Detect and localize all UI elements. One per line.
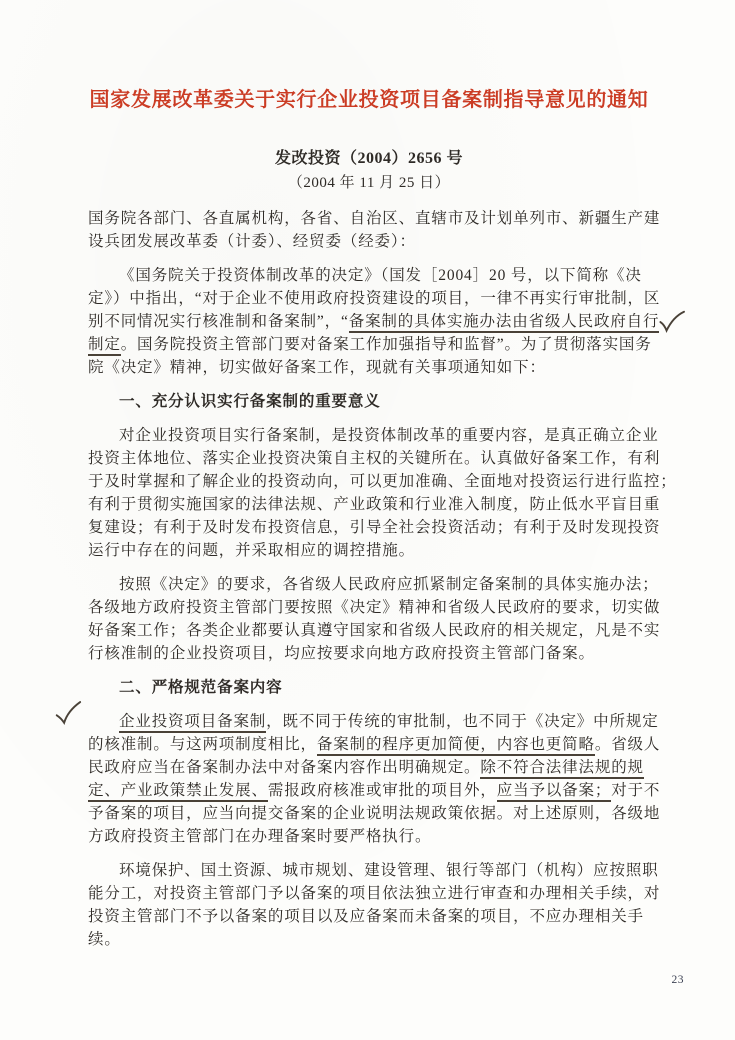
text-line: 国务院各部门、各直属机构，各省、自治区、直辖市及计划单列市、新疆生产建 xyxy=(88,207,650,230)
text-segment: 投资主体地位、落实企业投资决策自主权的关键所在。认真做好备案工作，有利 xyxy=(88,450,660,467)
text-segment: 定》）中指出，“对于企业不使用政府投资建设的项目，一律不再实行审批制，区 xyxy=(88,290,660,307)
checkmark-icon xyxy=(657,307,686,334)
text-line: 行核准制的企业投资项目，均应按要求向地方政府投资主管部门备案。 xyxy=(88,642,650,665)
paragraph: 《国务院关于投资体制改革的决定》（国发［2004］20 号，以下简称《决定》）中… xyxy=(88,264,650,379)
text-line: 定》）中指出，“对于企业不使用政府投资建设的项目，一律不再实行审批制，区 xyxy=(88,287,650,310)
paragraph: 对企业投资项目实行备案制，是投资体制改革的重要内容，是真正确立企业投资主体地位、… xyxy=(88,424,650,562)
underline-annotation: 备案制的程序更加简便，内容也更简略 xyxy=(317,736,595,756)
text-segment: 《国务院关于投资体制改革的决定》（国发［2004］20 号，以下简称《决 xyxy=(119,267,642,284)
paragraph: 按照《决定》的要求，各省级人民政府应抓紧制定备案制的具体实施办法；各级地方政府投… xyxy=(88,573,650,665)
text-line: 有利于贯彻实施国家的法律法规、产业政策和行业准入制度，防止低水平盲目重 xyxy=(88,493,650,516)
text-line: 一、充分认识实行备案制的重要意义 xyxy=(88,390,650,413)
text-segment: 。国务院投资主管部门要对备案工作加强指导和监督”。为了贯彻落实国务 xyxy=(121,336,652,353)
document-content: 国家发展改革委关于实行企业投资项目备案制指导意见的通知 发改投资（2004）26… xyxy=(88,0,650,962)
underline-annotation: 企业投资项目备案制 xyxy=(119,713,266,733)
underline-annotation: 除不符合法律法规的规 xyxy=(480,759,644,779)
text-segment: 各级地方政府投资主管部门要按照《决定》精神和省级人民政府的要求，切实做 xyxy=(88,599,660,616)
text-segment: 别不同情况实行核准制和备案制”，“ xyxy=(88,313,349,330)
text-segment: 国务院各部门、各直属机构，各省、自治区、直辖市及计划单列市、新疆生产建 xyxy=(88,210,660,227)
scanned-document-page: 国家发展改革委关于实行企业投资项目备案制指导意见的通知 发改投资（2004）26… xyxy=(0,0,735,1040)
text-line: 二、严格规范备案内容 xyxy=(88,676,650,699)
text-line: 别不同情况实行核准制和备案制”，“备案制的具体实施办法由省级人民政府自行 xyxy=(88,310,650,333)
page-number: 23 xyxy=(672,974,685,986)
paragraph: 企业投资项目备案制，既不同于传统的审批制，也不同于《决定》中所规定的核准制。与这… xyxy=(88,710,650,848)
text-segment: ，既不同于传统的审批制，也不同于《决定》中所规定 xyxy=(266,713,658,730)
text-line: 制定。国务院投资主管部门要对备案工作加强指导和监督”。为了贯彻落实国务 xyxy=(88,333,650,356)
text-segment: 运行中存在的问题，并采取相应的调控措施。 xyxy=(88,542,415,559)
text-line: 续。 xyxy=(88,928,650,951)
text-segment: 环境保护、国土资源、城市规划、建设管理、银行等部门（机构）应按照职 xyxy=(119,862,659,879)
text-line: 民政府应当在备案制办法中对备案内容作出明确规定。除不符合法律法规的规 xyxy=(88,756,650,779)
text-line: 按照《决定》的要求，各省级人民政府应抓紧制定备案制的具体实施办法； xyxy=(88,573,650,596)
text-line: 企业投资项目备案制，既不同于传统的审批制，也不同于《决定》中所规定 xyxy=(88,710,650,733)
document-title: 国家发展改革委关于实行企业投资项目备案制指导意见的通知 xyxy=(88,86,650,115)
underline-annotation: 备案制的具体实施办法由省级人民政府自行 xyxy=(349,313,660,333)
checkmark-icon xyxy=(54,700,85,729)
text-segment: 一、充分认识实行备案制的重要意义 xyxy=(119,393,381,410)
paragraph: 环境保护、国土资源、城市规划、建设管理、银行等部门（机构）应按照职能分工，对投资… xyxy=(88,859,650,951)
text-line: 能分工，对投资主管部门予以备案的项目依法独立进行审查和办理相关手续，对 xyxy=(88,882,650,905)
text-segment: 方政府投资主管部门在办理备案时要严格执行。 xyxy=(88,828,431,845)
section-heading: 二、严格规范备案内容 xyxy=(88,676,650,699)
section-heading: 一、充分认识实行备案制的重要意义 xyxy=(88,390,650,413)
text-segment: 设兵团发展改革委（计委）、经贸委（经委）： xyxy=(88,233,416,250)
text-segment: 投资主管部门不予以备案的项目以及应备案而未备案的项目，不应办理相关手 xyxy=(88,908,644,925)
document-date: （2004 年 11 月 25 日） xyxy=(88,171,650,192)
text-line: 予备案的项目，应当向提交备案的企业说明法规政策依据。对上述原则，各级地 xyxy=(88,802,650,825)
underline-annotation: 定、产业政策禁止发展、 xyxy=(88,782,268,802)
text-line: 投资主体地位、落实企业投资决策自主权的关键所在。认真做好备案工作，有利 xyxy=(88,447,650,470)
text-line: 复建设；有利于及时发布投资信息，引导全社会投资活动；有利于及时发现投资 xyxy=(88,516,650,539)
text-line: 好备案工作；各类企业都要认真遵守国家和省级人民政府的相关规定，凡是不实 xyxy=(88,619,650,642)
text-line: 运行中存在的问题，并采取相应的调控措施。 xyxy=(88,539,650,562)
text-segment: 二、严格规范备案内容 xyxy=(119,679,283,696)
text-segment: 的核准制。与这两项制度相比， xyxy=(88,736,317,753)
text-segment: 续。 xyxy=(88,931,121,948)
address-block: 国务院各部门、各直属机构，各省、自治区、直辖市及计划单列市、新疆生产建设兵团发展… xyxy=(88,207,650,253)
text-line: 设兵团发展改革委（计委）、经贸委（经委）： xyxy=(88,230,650,253)
text-line: 投资主管部门不予以备案的项目以及应备案而未备案的项目，不应办理相关手 xyxy=(88,905,650,928)
text-segment: 好备案工作；各类企业都要认真遵守国家和省级人民政府的相关规定，凡是不实 xyxy=(88,622,660,639)
text-line: 定、产业政策禁止发展、需报政府核准或审批的项目外，应当予以备案；对于不 xyxy=(88,779,650,802)
document-number: 发改投资（2004）2656 号 xyxy=(88,145,650,168)
text-segment: 对企业投资项目实行备案制，是投资体制改革的重要内容，是真正确立企业 xyxy=(119,427,659,444)
text-segment: 民政府应当在备案制办法中对备案内容作出明确规定。 xyxy=(88,759,480,776)
text-segment: 对于不 xyxy=(611,782,660,799)
text-segment: 予备案的项目，应当向提交备案的企业说明法规政策依据。对上述原则，各级地 xyxy=(88,805,660,822)
text-line: 对企业投资项目实行备案制，是投资体制改革的重要内容，是真正确立企业 xyxy=(88,424,650,447)
text-line: 院《决定》精神，切实做好备案工作，现就有关事项通知如下： xyxy=(88,356,650,379)
text-line: 于及时掌握和了解企业的投资动向，可以更加准确、全面地对投资运行进行监控； xyxy=(88,470,650,493)
text-segment: 能分工，对投资主管部门予以备案的项目依法独立进行审查和办理相关手续，对 xyxy=(88,885,660,902)
text-segment: 。省级人 xyxy=(595,736,660,753)
text-segment: 需报政府核准或审批的项目外， xyxy=(268,782,497,799)
text-segment: 于及时掌握和了解企业的投资动向，可以更加准确、全面地对投资运行进行监控； xyxy=(88,473,677,490)
underline-annotation: 应当予以备案； xyxy=(497,782,611,802)
underline-annotation: 制定 xyxy=(88,336,121,356)
text-segment: 院《决定》精神，切实做好备案工作，现就有关事项通知如下： xyxy=(88,359,546,376)
text-segment: 行核准制的企业投资项目，均应按要求向地方政府投资主管部门备案。 xyxy=(88,645,595,662)
text-line: 方政府投资主管部门在办理备案时要严格执行。 xyxy=(88,825,650,848)
text-segment: 复建设；有利于及时发布投资信息，引导全社会投资活动；有利于及时发现投资 xyxy=(88,519,660,536)
text-segment: 有利于贯彻实施国家的法律法规、产业政策和行业准入制度，防止低水平盲目重 xyxy=(88,496,660,513)
text-segment: 按照《决定》的要求，各省级人民政府应抓紧制定备案制的具体实施办法； xyxy=(119,576,659,593)
text-line: 《国务院关于投资体制改革的决定》（国发［2004］20 号，以下简称《决 xyxy=(88,264,650,287)
document-body: 国务院各部门、各直属机构，各省、自治区、直辖市及计划单列市、新疆生产建设兵团发展… xyxy=(88,207,650,951)
text-line: 环境保护、国土资源、城市规划、建设管理、银行等部门（机构）应按照职 xyxy=(88,859,650,882)
text-line: 各级地方政府投资主管部门要按照《决定》精神和省级人民政府的要求，切实做 xyxy=(88,596,650,619)
text-line: 的核准制。与这两项制度相比，备案制的程序更加简便，内容也更简略。省级人 xyxy=(88,733,650,756)
